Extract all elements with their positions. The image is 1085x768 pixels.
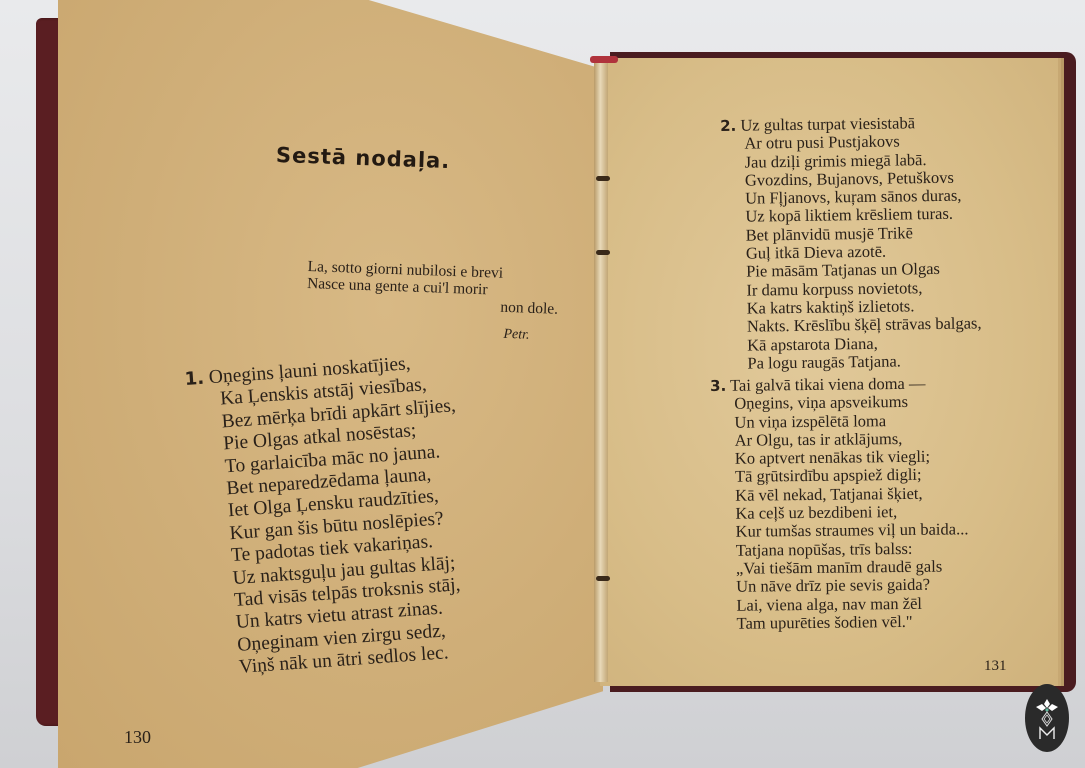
binding-stitch: [596, 250, 610, 255]
stanza-number: 1.: [184, 368, 205, 390]
watermark-logo: [1025, 684, 1069, 752]
ornament-logo-icon: [1032, 695, 1062, 741]
stanza-number: 3.: [710, 377, 726, 395]
binding-thread: [590, 56, 618, 63]
stanza-line: Tam upurēties šodien vēl.": [712, 612, 969, 633]
binding-stitch: [596, 576, 610, 581]
book-spine-gutter: [594, 60, 608, 682]
epigraph: La, sotto giorni nubilosi e brevi Nasce …: [305, 258, 559, 345]
page-number-right: 131: [984, 658, 1007, 675]
page-number-left: 130: [124, 727, 151, 748]
stanza-line: Kur tumšas straumes viļ un baida...: [712, 521, 969, 542]
binding-stitch: [596, 176, 610, 181]
stanza-number: 2.: [720, 117, 736, 135]
stanza-1: 1. Oņegins ļauni noskatījies, Ka Ļenskis…: [184, 350, 474, 682]
stanza-2: 2. Uz gultas turpat viesistabā Ar otru p…: [720, 113, 982, 373]
stanza-line: Pa logu raugās Tatjana.: [723, 351, 982, 373]
stanza-3: 3. Tai galvā tikai viena doma — Oņegins,…: [710, 374, 969, 633]
